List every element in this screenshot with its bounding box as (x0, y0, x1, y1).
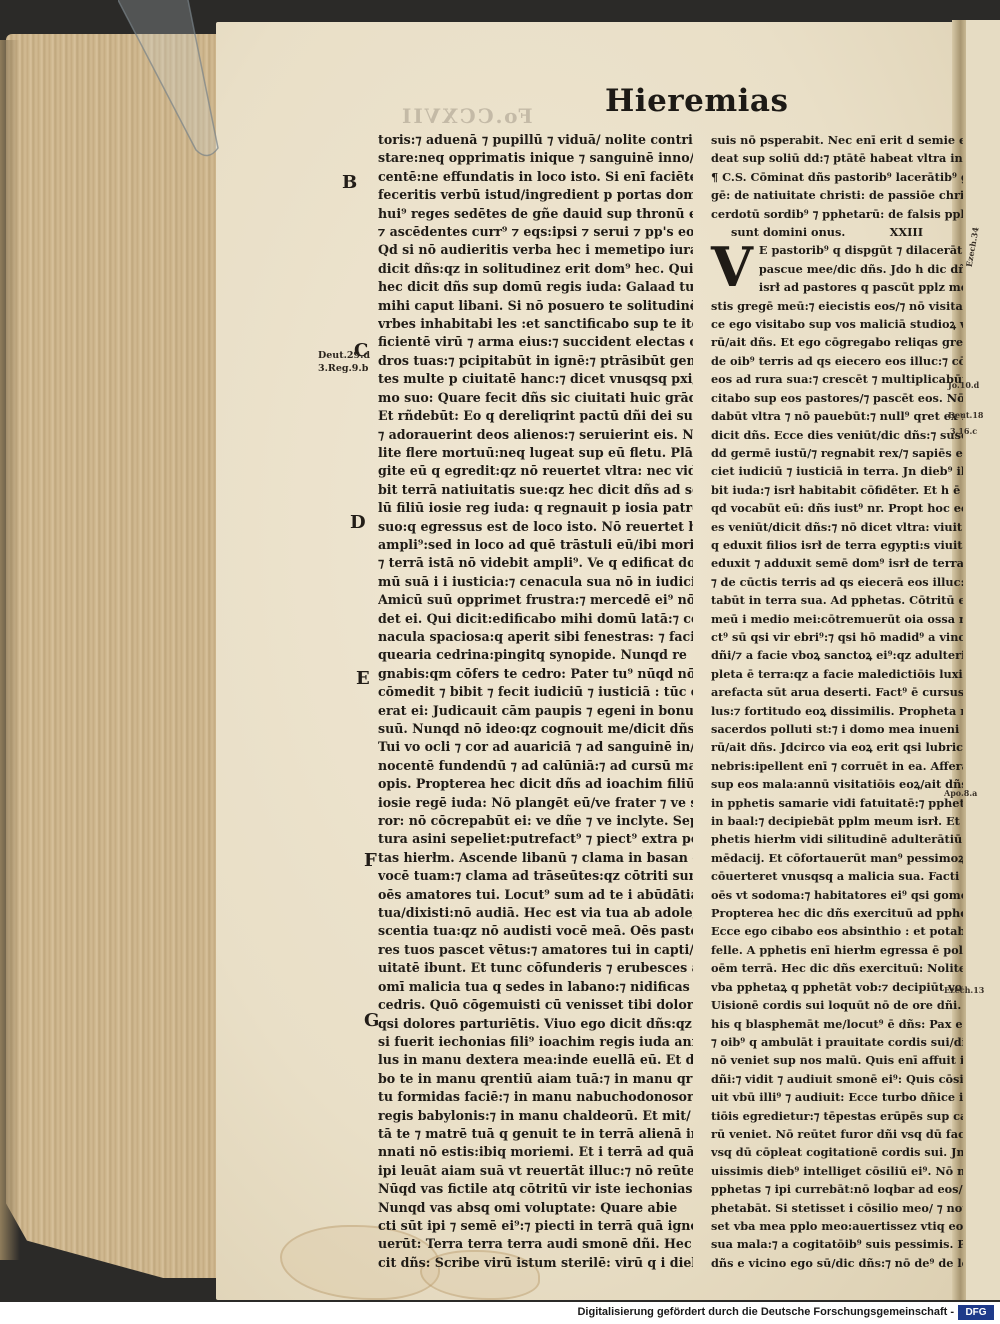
text-line: citabo sup eos pastores/⁊ pascēt eos. Nō… (711, 389, 963, 407)
text-line: de oib⁹ terris ad qs eiecero eos illuc:⁊… (711, 352, 963, 370)
text-line: in pphetis samarie vidi fatuitatē:⁊ pphe… (711, 794, 963, 812)
text-line: Ecce ego cibabo eos absinthio : et potab… (711, 922, 963, 940)
text-line: uitatē ibunt. Et tunc cōfunderis ⁊ erube… (378, 959, 693, 977)
margin-reference: Deut.29.d (318, 350, 370, 362)
text-line: qd vocabūt eū: dñs iust⁹ nr. Propt hoc e… (711, 499, 963, 517)
page-clip-icon (118, 0, 228, 160)
text-line: bit terrā natiuitatis sue:qz hec dicit d… (378, 481, 693, 499)
text-line: in baal:⁊ decipiebāt pplm meum isrł. Et … (711, 812, 963, 830)
text-line: sacerdos polluti st:⁊ i domo mea inueni … (711, 720, 963, 738)
text-line: tā te ⁊ matrē tuā q genuit te in terrā a… (378, 1125, 693, 1143)
text-line: ⁊ terrā istā nō videbit ampli⁹. Ve q edi… (378, 554, 693, 572)
text-line: bo te in manu qrentiū aiam tuā:⁊ in manu… (378, 1070, 693, 1088)
text-line: sua mala:⁊ a cogitatōib⁹ suis pessimis. … (711, 1235, 963, 1253)
text-line: eos ad rura sua:⁊ crescēt ⁊ multiplicabū… (711, 370, 963, 388)
text-line: vba pphetaꝝ q pphetāt vob:⁊ decipiūt vos… (711, 978, 963, 996)
text-line: ce ego visitabo sup vos maliciā studioꝝ … (711, 315, 963, 333)
text-line: rū/ait dñs. Jdcirco via eoꝝ erit qsi lub… (711, 738, 963, 756)
text-line: ampli⁹:sed in loco ad quē trāstuli eū/ib… (378, 536, 693, 554)
drop-cap: V (711, 243, 753, 291)
text-line: dicit dñs:qz in solitudinez erit dom⁹ he… (378, 260, 693, 278)
text-line: pascue mee/dic dñs. Jdo h dic dñs de⁹ (759, 260, 963, 278)
text-line: cedris. Quō cōgemuisti cū venisset tibi … (378, 996, 693, 1014)
text-line: mū suā i i iusticia:⁊ cenacula sua nō in… (378, 573, 693, 591)
text-line: tura asini sepeliet:putrefact⁹ ⁊ piect⁹ … (378, 830, 693, 848)
text-line: ⁊ adorauerint deos alienos:⁊ seruierint … (378, 426, 693, 444)
text-line: nebris:ipellent enī ⁊ corruēt in ea. Aff… (711, 757, 963, 775)
text-line: his q blasphemāt me/locut⁹ ē dñs: Pax er… (711, 1015, 963, 1033)
text-line: ciet iudiciū ⁊ iusticiā in terra. Jn die… (711, 462, 963, 480)
text-line: feceritis verbū istud/ingredient p porta… (378, 186, 693, 204)
text-line: tu formidas faciē:⁊ in manu nabuchodonos… (378, 1088, 693, 1106)
text-line: Nūqd vas fictile atq cōtritū vir iste ie… (378, 1180, 693, 1198)
text-line: dabūt vltra ⁊ nō pauebūt:⁊ null⁹ qret ex… (711, 407, 963, 425)
facing-page-edge (966, 20, 1000, 1300)
text-line: pphetas ⁊ ipi currebāt:nō loqbar ad eos/… (711, 1180, 963, 1198)
text-line: suis nō psperabit. Nec enī erit d semie … (711, 131, 963, 149)
text-line: arefacta sūt arua deserti. Fact⁹ ē cursu… (711, 683, 963, 701)
text-line: phetis hierłm vidi silitudinē adulterāti… (711, 830, 963, 848)
text-line: felle. A pphetis enī hierłm egressa ē po… (711, 941, 963, 959)
text-line: cerdotū sordib⁹ ⁊ pphetarū: de falsis pp… (711, 205, 963, 223)
text-line: suū. Nunqd nō ideo:qz cognouit me/dicit … (378, 720, 693, 738)
text-line: suo:q egressus est de loco isto. Nō reue… (378, 518, 693, 536)
margin-note: Jo.10.d (948, 380, 979, 390)
text-line: uerūt: Terra terra terra audi smonē dñi.… (378, 1235, 693, 1253)
text-line: dros tuas:⁊ pcipitabūt in ignē:⁊ ptrāsib… (378, 352, 693, 370)
margin-note: 3.16.c (950, 426, 977, 436)
text-line: scentia tua:qz nō audisti vocē meā. Oēs … (378, 922, 693, 940)
text-line: tes multe p ciuitatē hanc:⁊ dicet vnusqs… (378, 370, 693, 388)
right-text-column: suis nō psperabit. Nec enī erit d semie … (711, 131, 963, 1272)
text-line: dñs e vicino ego sū/dic dñs:⁊ nō de⁹ de … (711, 1254, 963, 1272)
text-line: tiōis egredietur:⁊ tēpestas erūpēs sup c… (711, 1107, 963, 1125)
text-line: cit dñs: Scribe virū istum sterilē: virū… (378, 1254, 693, 1272)
fore-edge-shadow (0, 40, 20, 1260)
text-line: mo suo: Quare fecit dñs sic ciuitati hui… (378, 389, 693, 407)
text-line: tas hierłm. Ascende libanū ⁊ clama in ba… (378, 849, 693, 867)
text-line: det ei. Qui dicit:edificabo mihi domū la… (378, 610, 693, 628)
text-line: oēm terrā. Hec dic dñs exercituū: Nolite… (711, 959, 963, 977)
text-line: Propterea hec dic dñs exercituū ad pphet… (711, 904, 963, 922)
text-line: ror: nō cōcrepabūt ei: ve dñe ⁊ ve incly… (378, 812, 693, 830)
folio-show-through: Fo.CCXVII (400, 104, 533, 128)
text-line: mihi caput libani. Si nō posuero te soli… (378, 297, 693, 315)
text-line: si fuerit iechonias fili⁹ ioachim regis … (378, 1033, 693, 1051)
left-text-column: toris:⁊ aduenā ⁊ pupillū ⁊ viduā/ nolite… (378, 131, 693, 1272)
text-line: lus in manu dextera mea:inde euellā eū. … (378, 1051, 693, 1069)
text-line: lite flere mortuū:neq lugeat sup eū flet… (378, 444, 693, 462)
text-line: nō veniet sup nos malū. Quis enī affuit … (711, 1051, 963, 1069)
text-line: oēs amatores tui. Locut⁹ sum ad te i abū… (378, 886, 693, 904)
text-line: dñi:⁊ vidit ⁊ audiuit smonē ei⁹: Quis cō… (711, 1070, 963, 1088)
text-line: deat sup soliū dd:⁊ ptātē habeat vltra i… (711, 149, 963, 167)
text-line: ⁊ oib⁹ q ambulāt i prauitate cordis sui/… (711, 1033, 963, 1051)
text-line: sup eos mala:annū visitatiōis eoꝝ/ait dñ… (711, 775, 963, 793)
funding-credit: Digitalisierung gefördert durch die Deut… (577, 1306, 954, 1318)
text-line: quearia cedrina:pingitq synopide. Nunqd … (378, 646, 693, 664)
running-header: Hieremias (605, 83, 788, 119)
margin-note: Apo.8.a (944, 788, 977, 798)
text-line: Et rñdebūt: Eo q dereliqrint pactū dñi d… (378, 407, 693, 425)
text-line: pleta ē terra:qz a facie maledictiōis lu… (711, 665, 963, 683)
text-line: oēs vt sodoma:⁊ habitatores ei⁹ qsi gomo… (711, 886, 963, 904)
text-line: nacula spaciosa:q aperit sibi fenestras:… (378, 628, 693, 646)
text-line: meū i medio mei:cōtremuerūt oia ossa mea… (711, 610, 963, 628)
text-line: Qd si nō audieritis verba hec i memetipo… (378, 241, 693, 259)
text-line: gnabis:qm cōfers te cedro: Pater tu⁹ nūq… (378, 665, 693, 683)
text-line: toris:⁊ aduenā ⁊ pupillū ⁊ viduā/ nolite… (378, 131, 693, 149)
text-line: E pastorib⁹ q dispgūt ⁊ dilacerāt gregē (759, 241, 963, 259)
text-line: phetabāt. Si stetisset i cōsilio meo/ ⁊ … (711, 1199, 963, 1217)
text-line: erat ei: Judicauit cām paupis ⁊ egeni in… (378, 702, 693, 720)
text-line: cti sūt ipi ⁊ semē ei⁹:⁊ piecti in terrā… (378, 1217, 693, 1235)
dfg-logo: DFG (958, 1305, 994, 1320)
text-line: Nunqd vas absq omi voluptate: Quare abie (378, 1199, 693, 1217)
text-line: stare:neq opprimatis inique ⁊ sanguinē i… (378, 149, 693, 167)
text-line: dd germē iustū/⁊ regnabit rex/⁊ sapiēs e… (711, 444, 963, 462)
text-line: cōuerteret vnusqsq a malicia sua. Facti … (711, 867, 963, 885)
text-line: qsi dolores parturiētis. Viuo ego dicit … (378, 1015, 693, 1033)
text-line: opis. Propterea hec dicit dñs ad ioachim… (378, 775, 693, 793)
text-line: Amicū suū opprimet frustra:⁊ mercedē ei⁹… (378, 591, 693, 609)
text-line: gite eū q egredit:qz nō reuertet vltra: … (378, 462, 693, 480)
margin-letter: F (364, 850, 377, 871)
text-line: isrł ad pastores q pascūt pplz meū. Uos … (759, 278, 963, 296)
text-line: centē:ne effundatis in loco isto. Si enī… (378, 168, 693, 186)
text-line: res tuos pascet vētus:⁊ amatores tui in … (378, 941, 693, 959)
footer-bar: Digitalisierung gefördert durch die Deut… (0, 1302, 1000, 1324)
text-line: dñi/⁊ a facie vboꝝ sanctoꝝ ei⁹:qz adulte… (711, 646, 963, 664)
text-line: es veniūt/dicit dñs:⁊ nō dicet vltra: vi… (711, 518, 963, 536)
text-line: iosie regē iuda: Nō plangēt eū/ve frater… (378, 794, 693, 812)
margin-reference: 3.Reg.9.b (318, 363, 368, 375)
text-line: vocē tuam:⁊ clama ad trāseūtes:qz cōtrit… (378, 867, 693, 885)
text-line: q eduxit filios isrł de terra egypti:s v… (711, 536, 963, 554)
text-line: rū veniet. Nō reūtet furor dñi vsq dū fa… (711, 1125, 963, 1143)
text-line: ficientē virū ⁊ arma eius:⁊ succident el… (378, 333, 693, 351)
text-line: uit vbū illi⁹ ⁊ audiuit: Ecce turbo dñic… (711, 1088, 963, 1106)
text-line: uissimis dieb⁹ intelliget cōsiliū ei⁹. N… (711, 1162, 963, 1180)
text-line: set vba mea pplo meo:auertissez vtiq eos… (711, 1217, 963, 1235)
text-line: rū/ait dñs. Et ego cōgregabo reliqas gre… (711, 333, 963, 351)
text-line: eduxit ⁊ adduxit semē dom⁹ isrł de terra… (711, 554, 963, 572)
margin-letter: D (350, 512, 366, 533)
margin-letter: E (356, 668, 370, 689)
text-line: nnati nō estis:ibiq moriemi. Et i terrā … (378, 1143, 693, 1161)
text-line: gē: de natiuitate christi: de passiōe ch… (711, 186, 963, 204)
text-line: lū filiū iosie reg iuda: q regnauit p io… (378, 499, 693, 517)
text-line: Tui vo ocli ⁊ cor ad auariciā ⁊ ad sangu… (378, 738, 693, 756)
margin-note: Deut.18 (948, 410, 983, 420)
text-line: ⁊ ascēdentes curr⁹ ⁊ eqs:ipsi ⁊ serui ⁊ … (378, 223, 693, 241)
text-line: regis babylonis:⁊ in manu chaldeorū. Et … (378, 1107, 693, 1125)
text-line: stis gregē meū:⁊ eiecistis eos/⁊ nō visi… (711, 297, 963, 315)
text-line: dicit dñs. Ecce dies veniūt/dic dñs:⁊ su… (711, 426, 963, 444)
text-line: hui⁹ reges sedētes de gñe dauid sup thro… (378, 205, 693, 223)
text-line: ct⁹ sū qsi vir ebri⁹:⁊ qsi hō madid⁹ a v… (711, 628, 963, 646)
text-line: ¶ C.S. Cōminat dñs pastorib⁹ lacerātib⁹ … (711, 168, 963, 186)
text-line: cōmedit ⁊ bibit ⁊ fecit iudiciū ⁊ iustic… (378, 683, 693, 701)
text-line: Uisionē cordis sui loquūt nō de ore dñi.… (711, 996, 963, 1014)
text-line: lus:⁊ fortitudo eoꝝ dissimilis. Propheta… (711, 702, 963, 720)
text-line: ipi leuāt aiam suā vt reuertāt illuc:⁊ n… (378, 1162, 693, 1180)
margin-note: Ezech.13 (944, 985, 984, 995)
text-line: tabūt in terra sua. Ad pphetas. Cōtritū … (711, 591, 963, 609)
text-line: tua/dixisti:nō audiā. Hec est via tua ab… (378, 904, 693, 922)
text-line: omī malicia tua q sedes in labano:⁊ nidi… (378, 978, 693, 996)
text-line: vsq dū cōpleat cogitationē cordis sui. J… (711, 1143, 963, 1161)
book-scan: Fo.CCXVII Hieremias B C D E F G Deut.29.… (0, 0, 1000, 1302)
text-line: vrbes inhabitabi les :et sanctificabo su… (378, 315, 693, 333)
text-line: mēdacij. Et cōfortauerūt man⁹ pessimoꝝ: … (711, 849, 963, 867)
margin-letter: B (342, 172, 357, 193)
text-line: hec dicit dñs sup domū regis iuda: Galaa… (378, 278, 693, 296)
text-line: nocentē fundendū ⁊ ad calūniā:⁊ ad cursū… (378, 757, 693, 775)
text-line: bit iuda:⁊ isrł habitabit cōfidēter. Et … (711, 481, 963, 499)
text-line: ⁊ de cūctis terris ad qs eiecerā eos ill… (711, 573, 963, 591)
